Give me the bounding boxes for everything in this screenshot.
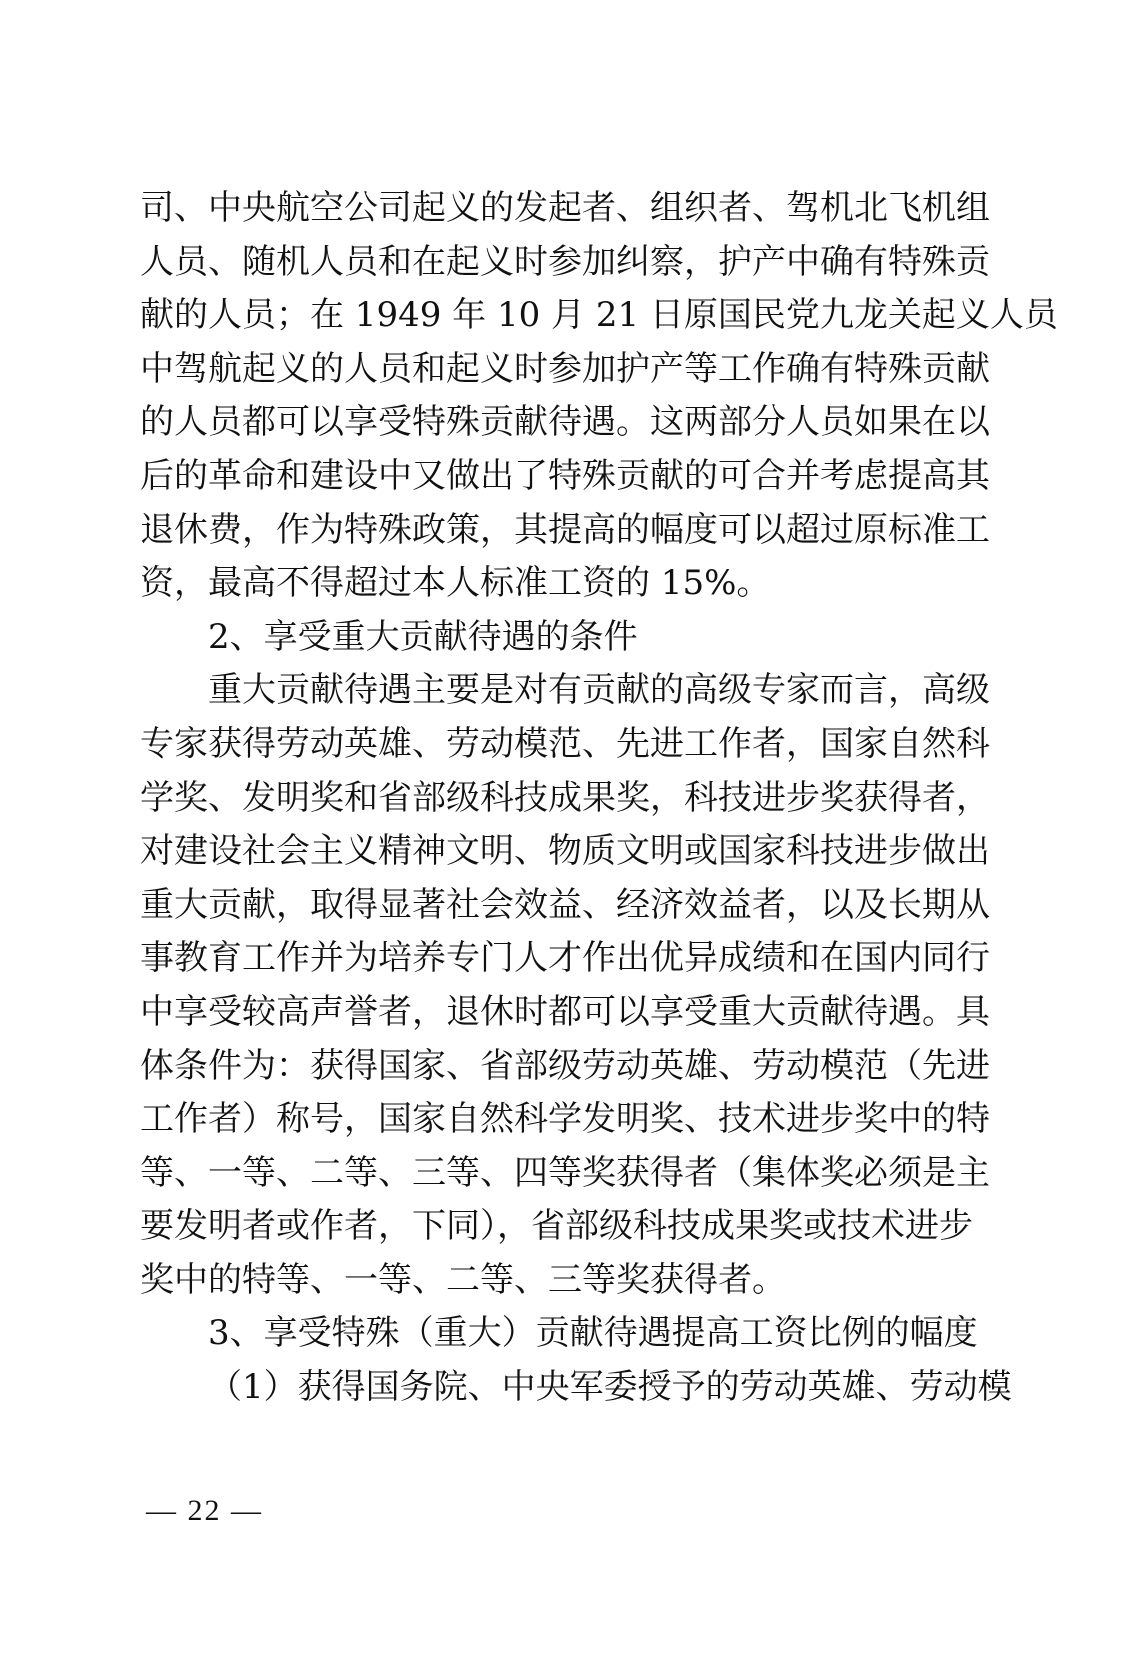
text-line: 奖中的特等、一等、二等、三等奖获得者。 [140, 1254, 946, 1308]
text-line: 献的人员；在 1949 年 10 月 21 日原国民党九龙关起义人员 [140, 289, 946, 343]
text-line: 3、享受特殊（重大）贡献待遇提高工资比例的幅度 [140, 1307, 946, 1361]
text-line: 的人员都可以享受特殊贡献待遇。这两部分人员如果在以 [140, 396, 946, 450]
text-line: 退休费，作为特殊政策，其提高的幅度可以超过原标准工 [140, 504, 946, 558]
text-line: 要发明者或作者，下同），省部级科技成果奖或技术进步 [140, 1200, 946, 1254]
text-line: 中享受较高声誉者，退休时都可以享受重大贡献待遇。具 [140, 986, 946, 1040]
text-line: 事教育工作并为培养专门人才作出优异成绩和在国内同行 [140, 932, 946, 986]
text-line: 2、享受重大贡献待遇的条件 [140, 611, 946, 665]
text-line: 体条件为：获得国家、省部级劳动英雄、劳动模范（先进 [140, 1040, 946, 1094]
document-page: 司、中央航空公司起义的发起者、组织者、驾机北飞机组人员、随机人员和在起义时参加纠… [0, 0, 1142, 1654]
text-line: 专家获得劳动英雄、劳动模范、先进工作者，国家自然科 [140, 718, 946, 772]
text-line: （1）获得国务院、中央军委授予的劳动英雄、劳动模 [140, 1361, 946, 1415]
text-line: 司、中央航空公司起义的发起者、组织者、驾机北飞机组 [140, 182, 946, 236]
text-line: 重大贡献待遇主要是对有贡献的高级专家而言，高级 [140, 664, 946, 718]
text-line: 学奖、发明奖和省部级科技成果奖，科技进步奖获得者， [140, 772, 946, 826]
text-line: 人员、随机人员和在起义时参加纠察，护产中确有特殊贡 [140, 236, 946, 290]
page-number: — 22 — [146, 1494, 263, 1528]
text-line: 对建设社会主义精神文明、物质文明或国家科技进步做出 [140, 825, 946, 879]
text-line: 后的革命和建设中又做出了特殊贡献的可合并考虑提高其 [140, 450, 946, 504]
text-line: 重大贡献，取得显著社会效益、经济效益者，以及长期从 [140, 879, 946, 933]
text-line: 资，最高不得超过本人标准工资的 15%。 [140, 557, 946, 611]
text-line: 等、一等、二等、三等、四等奖获得者（集体奖必须是主 [140, 1147, 946, 1201]
text-line: 中驾航起义的人员和起义时参加护产等工作确有特殊贡献 [140, 343, 946, 397]
body-text: 司、中央航空公司起义的发起者、组织者、驾机北飞机组人员、随机人员和在起义时参加纠… [140, 182, 946, 1415]
text-line: 工作者）称号，国家自然科学发明奖、技术进步奖中的特 [140, 1093, 946, 1147]
